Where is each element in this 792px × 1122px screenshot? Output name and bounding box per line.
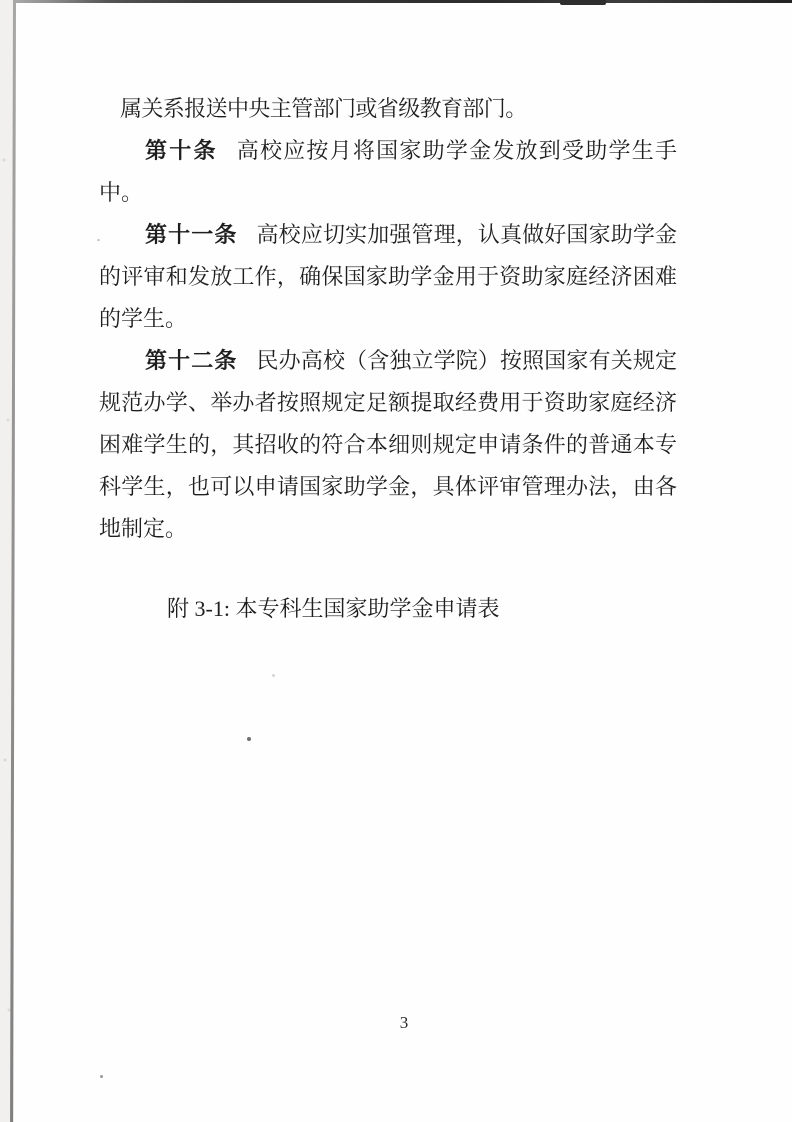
scan-top-border-line — [15, 0, 792, 3]
scan-speck — [247, 737, 251, 741]
text-line-continuation: 地制定。 — [99, 508, 677, 550]
text-line-continuation: 中。 — [99, 172, 677, 214]
text-line-continuation: 的学生。 — [99, 298, 677, 340]
attachment-reference-line: 附 3-1: 本专科生国家助学金申请表 — [99, 588, 677, 630]
body-text: 的评审和发放工作，确保国家助学金用于资助家庭经济困难 — [99, 264, 677, 289]
attachment-label: 附 3-1: 本专科生国家助学金申请表 — [167, 596, 499, 621]
page-number: 3 — [0, 1011, 792, 1035]
body-text: 高校应按月将国家助学金发放到受助学生手 — [237, 138, 677, 163]
text-line-continuation: 规范办学、举办者按照规定足额提取经费用于资助家庭经济 — [99, 382, 677, 424]
text-line-article-10: 第十条高校应按月将国家助学金发放到受助学生手 — [99, 130, 677, 172]
scanned-document-page: 属关系报送中央主管部门或省级教育部门。 第十条高校应按月将国家助学金发放到受助学… — [0, 0, 792, 1122]
body-text: 属关系报送中央主管部门或省级教育部门。 — [120, 96, 527, 121]
text-line-continuation: 科学生，也可以申请国家助学金，具体评审管理办法，由各 — [99, 466, 677, 508]
body-text: 中。 — [99, 180, 143, 205]
body-text: 高校应切实加强管理，认真做好国家助学金 — [257, 222, 677, 247]
body-text: 困难学生的，其招收的符合本细则规定申请条件的普通本专 — [99, 432, 677, 457]
scan-speck — [272, 674, 275, 677]
text-line-continuation: 的评审和发放工作，确保国家助学金用于资助家庭经济困难 — [99, 256, 677, 298]
text-line-article-12: 第十二条民办高校（含独立学院）按照国家有关规定 — [99, 340, 677, 382]
body-text: 科学生，也可以申请国家助学金，具体评审管理办法，由各 — [99, 474, 677, 499]
document-body: 属关系报送中央主管部门或省级教育部门。 第十条高校应按月将国家助学金发放到受助学… — [99, 88, 677, 630]
body-text: 规范办学、举办者按照规定足额提取经费用于资助家庭经济 — [99, 390, 677, 415]
body-text: 的学生。 — [99, 306, 187, 331]
scan-top-border-blob — [560, 0, 606, 5]
text-line-continuation: 困难学生的，其招收的符合本细则规定申请条件的普通本专 — [99, 424, 677, 466]
body-text: 地制定。 — [99, 516, 187, 541]
article-number-11: 第十一条 — [145, 222, 238, 247]
text-line-article-11: 第十一条高校应切实加强管理，认真做好国家助学金 — [99, 214, 677, 256]
article-number-10: 第十条 — [145, 138, 218, 163]
scan-speck — [100, 1075, 103, 1078]
article-number-12: 第十二条 — [145, 348, 238, 373]
text-line-continuation: 属关系报送中央主管部门或省级教育部门。 — [99, 88, 677, 130]
body-text: 民办高校（含独立学院）按照国家有关规定 — [257, 348, 677, 373]
